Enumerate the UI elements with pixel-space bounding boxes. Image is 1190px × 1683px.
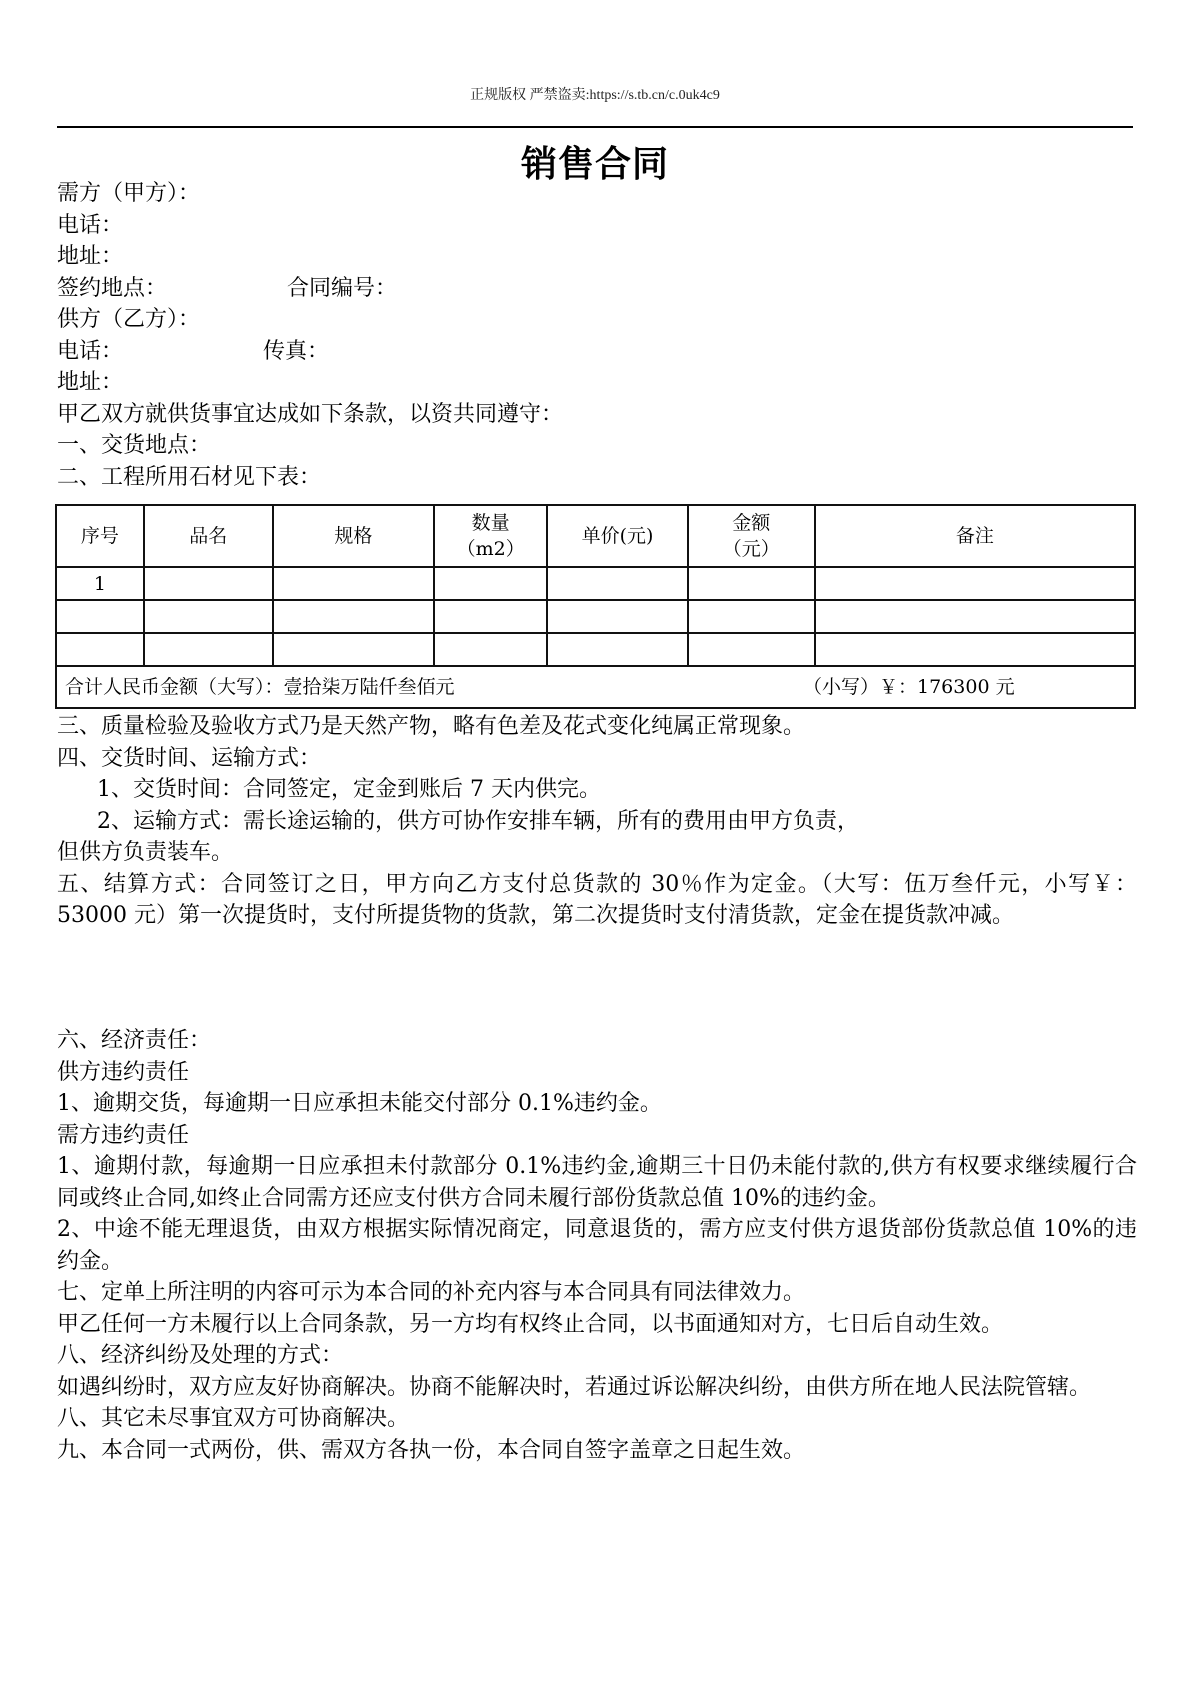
- table-cell[interactable]: [273, 633, 435, 666]
- col-header-amount: 金额（元）: [688, 505, 815, 567]
- table-cell[interactable]: [547, 600, 688, 633]
- table-row: [56, 633, 1135, 666]
- buyer-address-field: 地址：: [57, 241, 1137, 273]
- seller-field: 供方（乙方）：: [57, 304, 1137, 336]
- seller-phone-field: 电话：: [57, 339, 123, 364]
- clause-8-body: 如遇纠纷时，双方应友好协商解决。协商不能解决时，若通过诉讼解决纠纷，由供方所在地…: [57, 1372, 1137, 1404]
- table-cell[interactable]: [434, 600, 547, 633]
- col-header-index: 序号: [56, 505, 144, 567]
- buyer-liability-item-2: 2、中途不能无理退货，由双方根据实际情况商定，同意退货的，需方应支付供方退货部份…: [57, 1214, 1137, 1277]
- seller-fax-field: 传真：: [263, 339, 329, 364]
- sign-place-field: 签约地点：: [57, 276, 167, 301]
- clause-8b: 八、其它未尽事宜双方可协商解决。: [57, 1403, 1137, 1435]
- table-total-row: 合计人民币金额（大写）：壹拾柒万陆仟叁佰元 （小写）￥：176300 元: [56, 666, 1135, 708]
- contract-clauses: 三、质量检验及验收方式乃是天然产物，略有色差及花式变化纯属正常现象。 四、交货时…: [57, 711, 1137, 932]
- table-row: [56, 600, 1135, 633]
- seller-liability-title: 供方违约责任: [57, 1057, 1137, 1089]
- seller-liability-item-1: 1、逾期交货，每逾期一日应承担未能交付部分 0.1%违约金。: [57, 1088, 1137, 1120]
- seller-address-field: 地址：: [57, 367, 1137, 399]
- clause-3: 三、质量检验及验收方式乃是天然产物，略有色差及花式变化纯属正常现象。: [57, 711, 1137, 743]
- party-info: 需方（甲方）： 电话： 地址： 签约地点：合同编号： 供方（乙方）： 电话：传真…: [57, 178, 1137, 493]
- watermark: 正规版权 严禁盗卖:https://s.tb.cn/c.0uk4c9: [0, 84, 1190, 104]
- sign-info-row: 签约地点：合同编号：: [57, 273, 1137, 305]
- col-header-unit-price: 单价(元): [547, 505, 688, 567]
- table-cell[interactable]: [434, 633, 547, 666]
- clause-7-extra: 甲乙任何一方未履行以上合同条款，另一方均有权终止合同，以书面通知对方，七日后自动…: [57, 1309, 1137, 1341]
- col-header-name: 品名: [144, 505, 273, 567]
- clause-4-item-2-cont: 但供方负责装车。: [57, 837, 1137, 869]
- clause-4-title: 四、交货时间、运输方式：: [57, 743, 1137, 775]
- table-cell[interactable]: [56, 600, 144, 633]
- table-cell[interactable]: [144, 633, 273, 666]
- clause-6-title: 六、经济责任：: [57, 1025, 1137, 1057]
- buyer-field: 需方（甲方）：: [57, 178, 1137, 210]
- clause-9: 九、本合同一式两份，供、需双方各执一份，本合同自签字盖章之日起生效。: [57, 1435, 1137, 1467]
- contract-clauses-2: 六、经济责任： 供方违约责任 1、逾期交货，每逾期一日应承担未能交付部分 0.1…: [57, 1025, 1137, 1466]
- header-rule: [57, 126, 1133, 128]
- buyer-liability-title: 需方违约责任: [57, 1120, 1137, 1152]
- total-lower: （小写）￥：176300 元: [803, 674, 1015, 700]
- col-header-quantity: 数量（m2）: [434, 505, 547, 567]
- clause-8-title: 八、经济纠纷及处理的方式：: [57, 1340, 1137, 1372]
- table-cell[interactable]: [273, 600, 435, 633]
- total-upper: 合计人民币金额（大写）：壹拾柒万陆仟叁佰元: [65, 676, 455, 698]
- intro-text: 甲乙双方就供货事宜达成如下条款，以资共同遵守：: [57, 399, 1137, 431]
- clause-4-item-1: 1、交货时间：合同签定，定金到账后 7 天内供完。: [57, 774, 1137, 806]
- table-cell[interactable]: [434, 567, 547, 600]
- table-cell[interactable]: [688, 567, 815, 600]
- clause-1: 一、交货地点：: [57, 430, 1137, 462]
- table-cell[interactable]: [547, 567, 688, 600]
- col-header-remarks: 备注: [815, 505, 1135, 567]
- materials-table: 序号 品名 规格 数量（m2） 单价(元) 金额（元） 备注 1: [55, 504, 1136, 709]
- table-cell[interactable]: [688, 600, 815, 633]
- clause-4-item-2: 2、运输方式：需长途运输的，供方可协作安排车辆，所有的费用由甲方负责，: [57, 806, 1137, 838]
- table-header-row: 序号 品名 规格 数量（m2） 单价(元) 金额（元） 备注: [56, 505, 1135, 567]
- table-cell[interactable]: [56, 633, 144, 666]
- table-cell[interactable]: [144, 600, 273, 633]
- seller-contact-row: 电话：传真：: [57, 336, 1137, 368]
- table-cell[interactable]: [144, 567, 273, 600]
- table-cell[interactable]: [815, 633, 1135, 666]
- table-cell[interactable]: 1: [56, 567, 144, 600]
- table-cell[interactable]: [547, 633, 688, 666]
- total-cell: 合计人民币金额（大写）：壹拾柒万陆仟叁佰元 （小写）￥：176300 元: [56, 666, 1135, 708]
- table-cell[interactable]: [815, 600, 1135, 633]
- clause-5: 五、结算方式：合同签订之日，甲方向乙方支付总货款的 30％作为定金。（大写：伍万…: [57, 869, 1137, 932]
- table-row: 1: [56, 567, 1135, 600]
- buyer-liability-item-1: 1、逾期付款，每逾期一日应承担未付款部分 0.1%违约金,逾期三十日仍未能付款的…: [57, 1151, 1137, 1214]
- contract-no-field: 合同编号：: [287, 276, 397, 301]
- clause-7: 七、定单上所注明的内容可示为本合同的补充内容与本合同具有同法律效力。: [57, 1277, 1137, 1309]
- table-cell[interactable]: [815, 567, 1135, 600]
- col-header-spec: 规格: [273, 505, 435, 567]
- buyer-phone-field: 电话：: [57, 210, 1137, 242]
- table-cell[interactable]: [688, 633, 815, 666]
- table-cell[interactable]: [273, 567, 435, 600]
- clause-2: 二、工程所用石材见下表：: [57, 462, 1137, 494]
